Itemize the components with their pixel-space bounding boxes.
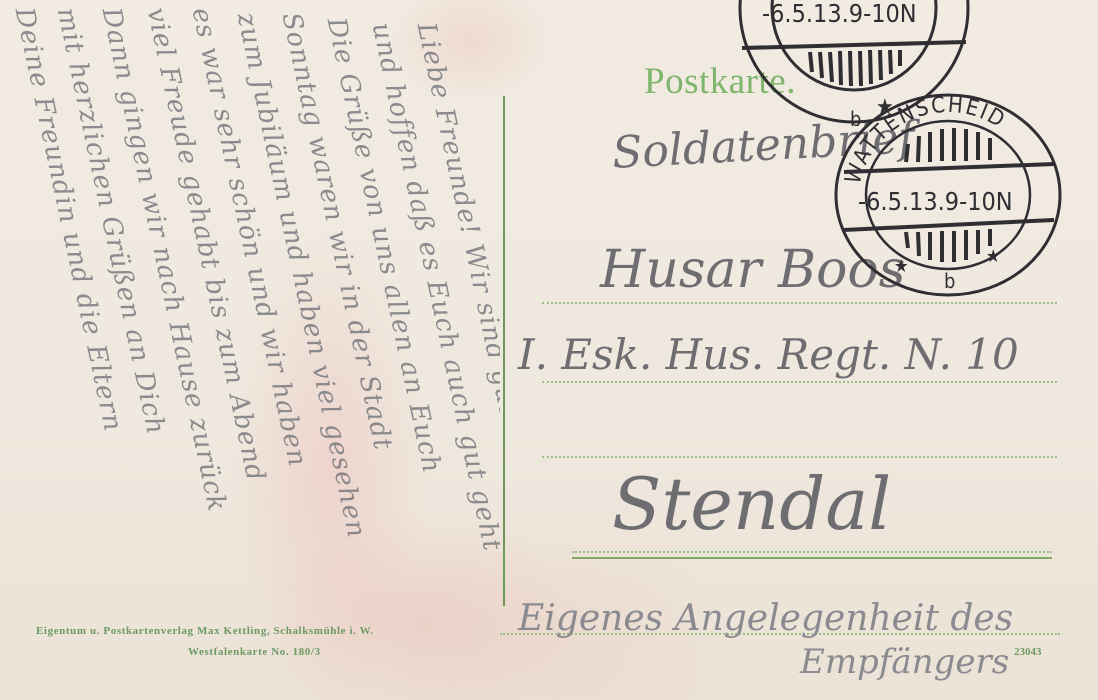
svg-text:b: b	[944, 269, 955, 293]
address-rule	[542, 381, 1057, 383]
postmark-right: WATTENSCHEID -6.5.13.9-10N ★ ★ b	[830, 92, 1066, 303]
address-rule	[542, 456, 1057, 458]
publisher-line: Eigentum u. Postkartenverlag Max Kettlin…	[36, 625, 374, 637]
svg-text:-6.5.13.9-10N: -6.5.13.9-10N	[858, 187, 1013, 216]
divider-line	[503, 96, 505, 606]
handwritten-message: Liebe Freunde! Wir sind gut angekommen u…	[0, 0, 500, 700]
serial-number: 23043	[1014, 646, 1042, 658]
address-line-4: Stendal	[612, 462, 891, 546]
svg-text:★: ★	[986, 246, 1001, 267]
address-underline	[572, 557, 1052, 559]
svg-text:-6.5.13.9-10N: -6.5.13.9-10N	[762, 0, 917, 28]
svg-text:★: ★	[894, 256, 909, 277]
address-note: Eigenes Angelegenheit des	[518, 598, 1013, 639]
address-rule	[572, 551, 1052, 553]
postcard: Liebe Freunde! Wir sind gut angekommen u…	[0, 0, 1098, 700]
address-line-3: I. Esk. Hus. Regt. N. 10	[518, 330, 1019, 379]
series-line: Westfalenkarte No. 180/3	[188, 646, 321, 658]
address-note-2: Empfängers	[800, 642, 1009, 682]
